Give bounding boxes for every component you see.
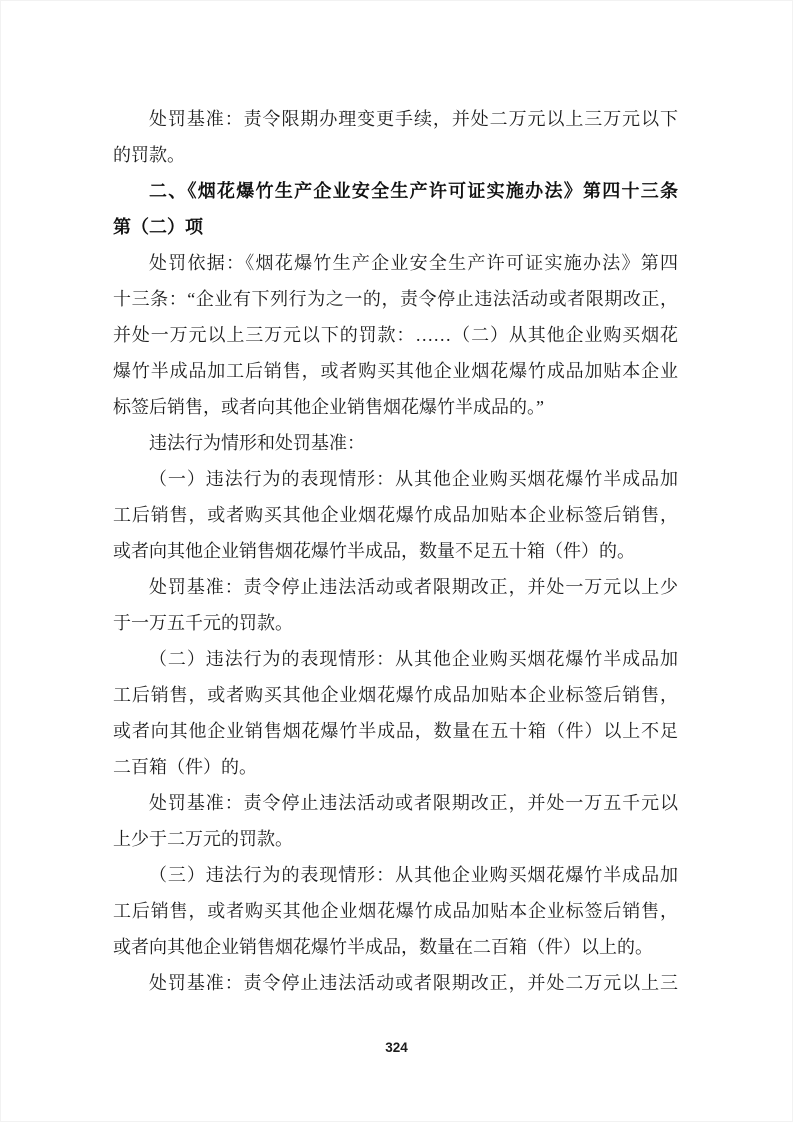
document-page: 处罚基准：责令限期办理变更手续，并处二万元以上三万元以下的罚款。二、《烟花爆竹生… — [0, 0, 793, 1122]
body-text-line: 处罚依据：《烟花爆竹生产企业安全生产许可证实施办法》第四 — [113, 245, 678, 281]
body-text-line: 处罚基准：责令限期办理变更手续，并处二万元以上三万元以下 — [113, 101, 678, 137]
body-text-line: 爆竹半成品加工后销售，或者购买其他企业烟花爆竹成品加贴本企业 — [113, 353, 678, 389]
body-text-line: 上少于二万元的罚款。 — [113, 821, 678, 857]
body-text-line: 处罚基准：责令停止违法活动或者限期改正，并处一万元以上少 — [113, 569, 678, 605]
body-text-line: （一）违法行为的表现情形：从其他企业购买烟花爆竹半成品加 — [113, 461, 678, 497]
page-number: 324 — [0, 1038, 793, 1058]
body-text-line: 二百箱（件）的。 — [113, 749, 678, 785]
body-text-line: 处罚基准：责令停止违法活动或者限期改正，并处一万五千元以 — [113, 785, 678, 821]
body-text-line: 工后销售，或者购买其他企业烟花爆竹成品加贴本企业标签后销售， — [113, 893, 678, 929]
body-text-line: 于一万五千元的罚款。 — [113, 605, 678, 641]
document-body: 处罚基准：责令限期办理变更手续，并处二万元以上三万元以下的罚款。二、《烟花爆竹生… — [113, 101, 678, 1001]
body-text-line: 并处一万元以上三万元以下的罚款：……（二）从其他企业购买烟花 — [113, 317, 678, 353]
heading-line: 二、《烟花爆竹生产企业安全生产许可证实施办法》第四十三条 — [113, 173, 678, 209]
body-text-line: （三）违法行为的表现情形：从其他企业购买烟花爆竹半成品加 — [113, 857, 678, 893]
heading-line: 第（二）项 — [113, 209, 678, 245]
body-text-line: 标签后销售，或者向其他企业销售烟花爆竹半成品的。” — [113, 389, 678, 425]
body-text-line: 或者向其他企业销售烟花爆竹半成品，数量不足五十箱（件）的。 — [113, 533, 678, 569]
body-text-line: 或者向其他企业销售烟花爆竹半成品，数量在五十箱（件）以上不足 — [113, 713, 678, 749]
body-text-line: 处罚基准：责令停止违法活动或者限期改正，并处二万元以上三 — [113, 965, 678, 1001]
body-text-line: 的罚款。 — [113, 137, 678, 173]
body-text-line: 违法行为情形和处罚基准： — [113, 425, 678, 461]
body-text-line: 或者向其他企业销售烟花爆竹半成品，数量在二百箱（件）以上的。 — [113, 929, 678, 965]
body-text-line: 工后销售，或者购买其他企业烟花爆竹成品加贴本企业标签后销售， — [113, 677, 678, 713]
body-text-line: 工后销售，或者购买其他企业烟花爆竹成品加贴本企业标签后销售， — [113, 497, 678, 533]
body-text-line: 十三条：“企业有下列行为之一的，责令停止违法活动或者限期改正， — [113, 281, 678, 317]
body-text-line: （二）违法行为的表现情形：从其他企业购买烟花爆竹半成品加 — [113, 641, 678, 677]
